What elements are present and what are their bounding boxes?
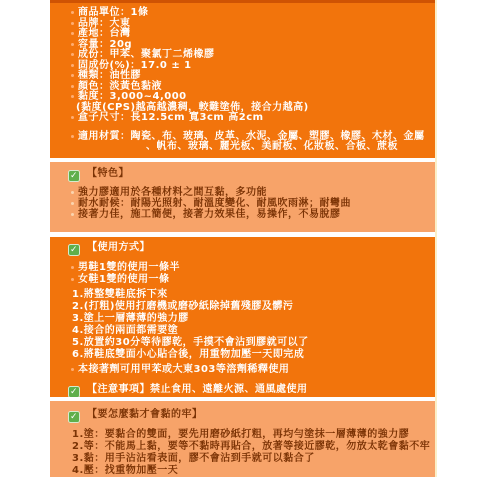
line-text: 適用材質：陶瓷、布、玻璃、皮革、水泥、金屬、塑膠、橡膠、木材、金屬 [78,131,425,142]
line-text: 、帆布、玻璃、麗光板、美耐板、化妝板、合板、蔗板 [146,141,398,152]
line-text: 【注意事項】禁止食用、遠離火源、通風處使用 [87,384,308,395]
spacer [50,376,435,384]
line-text: 耐水耐候：耐陽光照射、耐溫度變化、耐風吹雨淋；耐彎曲 [78,198,351,209]
usage-step: 2.(打粗)使用打磨機或磨砂紙除掉舊殘膠及髒污 [50,301,435,313]
line-text: 4.接合的兩面都需要塗 [72,325,178,336]
line-text: 4.壓：找重物加壓一天 [72,465,178,476]
bullet-dot-icon [71,116,74,119]
line-text: 品牌：大東 [78,18,131,29]
checkmark-icon: ✓ [68,386,80,397]
bullet-dot-icon [71,43,74,46]
checkmark-icon: ✓ [68,170,80,182]
line-text: 本接著劑可用甲苯或大東303等溶劑稀釋使用 [78,364,289,375]
line-text: 黏度：3,000~4,000 [78,91,187,102]
line-text: 顏色：淡黃色黏液 [78,81,162,92]
checkmark-icon: ✓ [68,244,80,256]
bullet-dot-icon [71,64,74,67]
bullet-dot-icon [71,191,74,194]
usage-line: 男鞋1雙的使用一條半 [50,262,435,274]
bullet-dot-icon [71,278,74,281]
spacer [50,254,435,262]
line-text: 女鞋1雙的使用一條 [78,274,169,285]
line-text: 容量：20g [78,39,132,50]
bullet-dot-icon [71,85,74,88]
usage-step: 3.塗上一層薄薄的強力膠 [50,313,435,325]
line-text: 1.將整雙鞋底拆下來 [72,289,168,300]
line-text: 種類：油性膠 [78,70,141,81]
bullet-dot-icon [71,22,74,25]
bullet-dot-icon [71,11,74,14]
feature-line: 接著力佳，施工簡便，接著力效果佳，易操作，不易脫膠 [50,209,435,220]
line-text: 6.將鞋底雙面小心貼合後，用重物加壓一天即完成 [72,349,304,360]
usage-step: 6.將鞋底雙面小心貼合後，用重物加壓一天即完成 [50,349,435,361]
line-text: 3.塗上一層薄薄的強力膠 [72,313,189,324]
bullet-dot-icon [71,213,74,216]
spec-line-materials-cont: 、帆布、玻璃、麗光板、美耐板、化妝板、合板、蔗板 [50,142,435,153]
bullet-dot-icon [71,74,74,77]
stick-step: 3.黏：用手沾沾看表面，膠不會沾到手就可以黏合了 [50,453,435,465]
line-text: 成份：甲苯、聚氯丁二烯橡膠 [78,49,215,60]
line-text: 1.塗：要黏合的雙面，要先用磨砂紙打粗，再均勻塗抹一層薄薄的強力膠 [72,429,409,440]
line-text: 產地：台灣 [78,28,131,39]
spacer [50,179,435,187]
usage-line-thinner: 本接著劑可用甲苯或大東303等溶劑稀釋使用 [50,364,435,376]
bullet-dot-icon [71,53,74,56]
usage-step: 5.放置約30分等待膠乾，手摸不會沾到膠就可以了 [50,337,435,349]
bullet-dot-icon [71,266,74,269]
bullet-dot-icon [71,135,74,138]
bullet-dot-icon [71,202,74,205]
features-header: ✓【特色】 [50,168,435,179]
line-text: 【要怎麼黏才會黏的牢】 [87,409,203,420]
spacer [50,421,435,429]
stick-step: 1.塗：要黏合的雙面，要先用磨砂紙打粗，再均勻塗抹一層薄薄的強力膠 [50,429,435,441]
bullet-dot-icon [71,368,74,371]
feature-line: 強力膠適用於各種材料之間互黏，多功能 [50,187,435,198]
bullet-dot-icon [71,32,74,35]
line-text: (黏度(CPS)越高越濃稠，較難塗佈，接合力越高) [76,102,309,113]
usage-line: 女鞋1雙的使用一條 [50,274,435,286]
line-text: 2.(打粗)使用打磨機或磨砂紙除掉舊殘膠及髒污 [72,301,293,312]
line-text: 【特色】 [87,168,129,179]
line-text: 固成份(%)：17.0 ± 1 [78,60,192,71]
section-how-to-stick: ✓【要怎麼黏才會黏的牢】1.塗：要黏合的雙面，要先用磨砂紙打粗，再均勻塗抹一層薄… [50,401,435,477]
section-usage: ✓【使用方式】男鞋1雙的使用一條半女鞋1雙的使用一條1.將整雙鞋底拆下來2.(打… [50,237,435,397]
usage-step: 4.接合的兩面都需要塗 [50,325,435,337]
bullet-dot-icon [71,95,74,98]
feature-line: 耐水耐候：耐陽光照射、耐溫度變化、耐風吹雨淋；耐彎曲 [50,198,435,209]
line-text: 【使用方式】 [87,242,150,253]
line-text: 5.放置約30分等待膠乾，手摸不會沾到膠就可以了 [72,337,309,348]
usage-header: ✓【使用方式】 [50,242,435,254]
usage-step: 1.將整雙鞋底拆下來 [50,289,435,301]
product-description-panel: 商品單位：1條品牌：大東產地：台灣容量：20g成份：甲苯、聚氯丁二烯橡膠固成份(… [50,0,437,477]
spec-line-box-size: 盒子尺寸：長12.5cm 寬3cm 高2cm [50,113,435,124]
line-text: 強力膠適用於各種材料之間互黏，多功能 [78,187,267,198]
checkmark-icon: ✓ [68,411,80,423]
stick-step: 2.等：不能馬上黏，要等不黏時再貼合，放著等接近膠乾，勿放太乾會黏不牢 [50,441,435,453]
line-text: 盒子尺寸：長12.5cm 寬3cm 高2cm [78,112,264,123]
line-text: 商品單位：1條 [78,7,148,18]
line-text: 2.等：不能馬上黏，要等不黏時再貼合，放著等接近膠乾，勿放太乾會黏不牢 [72,441,430,452]
line-text: 3.黏：用手沾沾看表面，膠不會沾到手就可以黏合了 [72,453,315,464]
line-text: 男鞋1雙的使用一條半 [78,262,180,273]
line-text: 接著力佳，施工簡便，接著力效果佳，易操作，不易脫膠 [78,209,341,220]
stick-step: 4.壓：找重物加壓一天 [50,465,435,477]
section-product-specs: 商品單位：1條品牌：大東產地：台灣容量：20g成份：甲苯、聚氯丁二烯橡膠固成份(… [50,0,435,158]
caution-header: ✓【注意事項】禁止食用、遠離火源、通風處使用 [50,384,435,396]
how-to-stick-header: ✓【要怎麼黏才會黏的牢】 [50,409,435,421]
section-features: ✓【特色】強力膠適用於各種材料之間互黏，多功能耐水耐候：耐陽光照射、耐溫度變化、… [50,162,435,232]
